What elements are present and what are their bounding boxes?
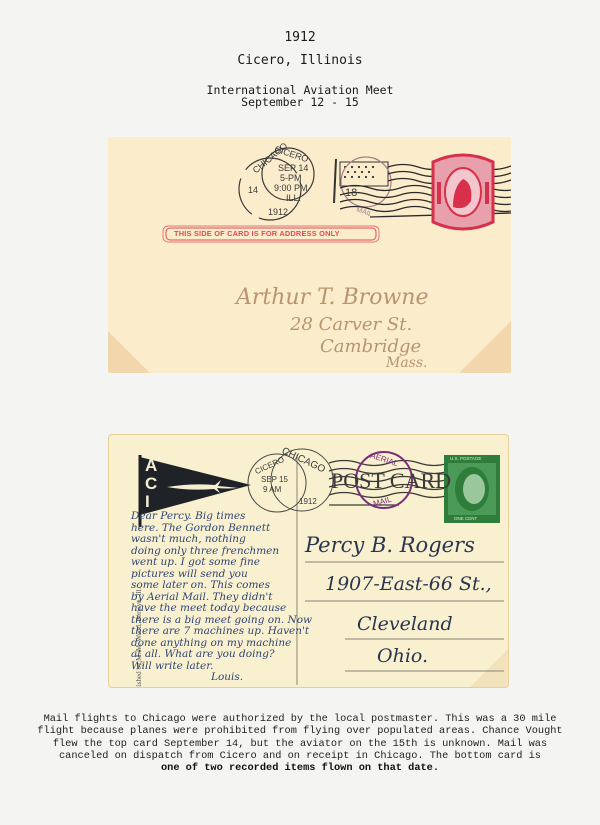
message-line: wasn't much, nothing [131, 534, 301, 546]
postmark-cicero-time: 5-PM [280, 173, 302, 183]
recipient-street: 1907-East-66 St., [325, 573, 492, 595]
message-line: some later on. This comes [131, 580, 301, 592]
page-title-year: 1912 [0, 30, 600, 45]
address-line-3: Cambridge [320, 336, 421, 357]
message-line: at all. What are you doing? [131, 649, 301, 661]
page-title-place: Cicero, Illinois [0, 53, 600, 68]
address-line-1: Arthur T. Browne [236, 285, 428, 310]
postmark-chicago-time: 9:00 PM [274, 183, 308, 193]
top-card-postmarks [108, 137, 511, 373]
address-line-2: 28 Carver St. [290, 314, 412, 335]
address-line-4: Mass. [386, 355, 428, 371]
message-line: there are 7 machines up. Haven't [131, 626, 301, 638]
recipient-name: Percy B. Rogers [305, 533, 475, 557]
postmark-cicero-time: 9 AM [263, 485, 281, 494]
stamp-indicia [433, 155, 493, 229]
stamp-green [444, 455, 500, 523]
message-line: Dear Percy. Big times [131, 511, 301, 523]
message-line: went up. I got some fine [131, 557, 301, 569]
event-dates: September 12 - 15 [0, 96, 600, 108]
recipient-state: Ohio. [377, 645, 428, 667]
caption-line: flew the top card September 14, but the … [0, 738, 600, 750]
postmark-cicero-date: SEP 15 [261, 475, 288, 484]
handwritten-message: Dear Percy. Big timeshere. The Gordon Be… [131, 511, 301, 684]
printed-heading: POST CARD [331, 468, 451, 494]
message-line: Louis. [131, 672, 301, 684]
caption-line: flight because planes were prohibited fr… [0, 725, 600, 737]
stamp-value: ONE CENT [454, 516, 477, 521]
message-line: have the meet today because [131, 603, 301, 615]
pennant-text: ACI [145, 457, 155, 511]
postmark-chicago-year: 1912 [299, 497, 317, 506]
page-subtitle: International Aviation Meet September 12… [0, 84, 600, 108]
address-only-banner: THIS SIDE OF CARD IS FOR ADDRESS ONLY [174, 229, 340, 238]
caption: Mail flights to Chicago were authorized … [0, 713, 600, 774]
postmark-cicero-state: ILL. [286, 193, 301, 203]
recipient-city: Cleveland [357, 613, 453, 635]
caption-bold-line: one of two recorded items flown on that … [0, 762, 600, 774]
flag-cancel-number: 18 [345, 187, 357, 199]
stamp-label: U.S. POSTAGE [450, 456, 481, 461]
postmark-chicago-year: 1912 [268, 207, 288, 217]
postmark-cicero-date: SEP 14 [278, 163, 308, 173]
bottom-postcard: ACI Published by M. M. Wood, Berwyn, Ill… [108, 434, 509, 688]
caption-line: Mail flights to Chicago were authorized … [0, 713, 600, 725]
caption-line: canceled on dispatch from Cicero and on … [0, 750, 600, 762]
top-postal-card: CHICAGO CICERO SEP 14 5-PM 9:00 PM ILL. … [108, 137, 511, 373]
